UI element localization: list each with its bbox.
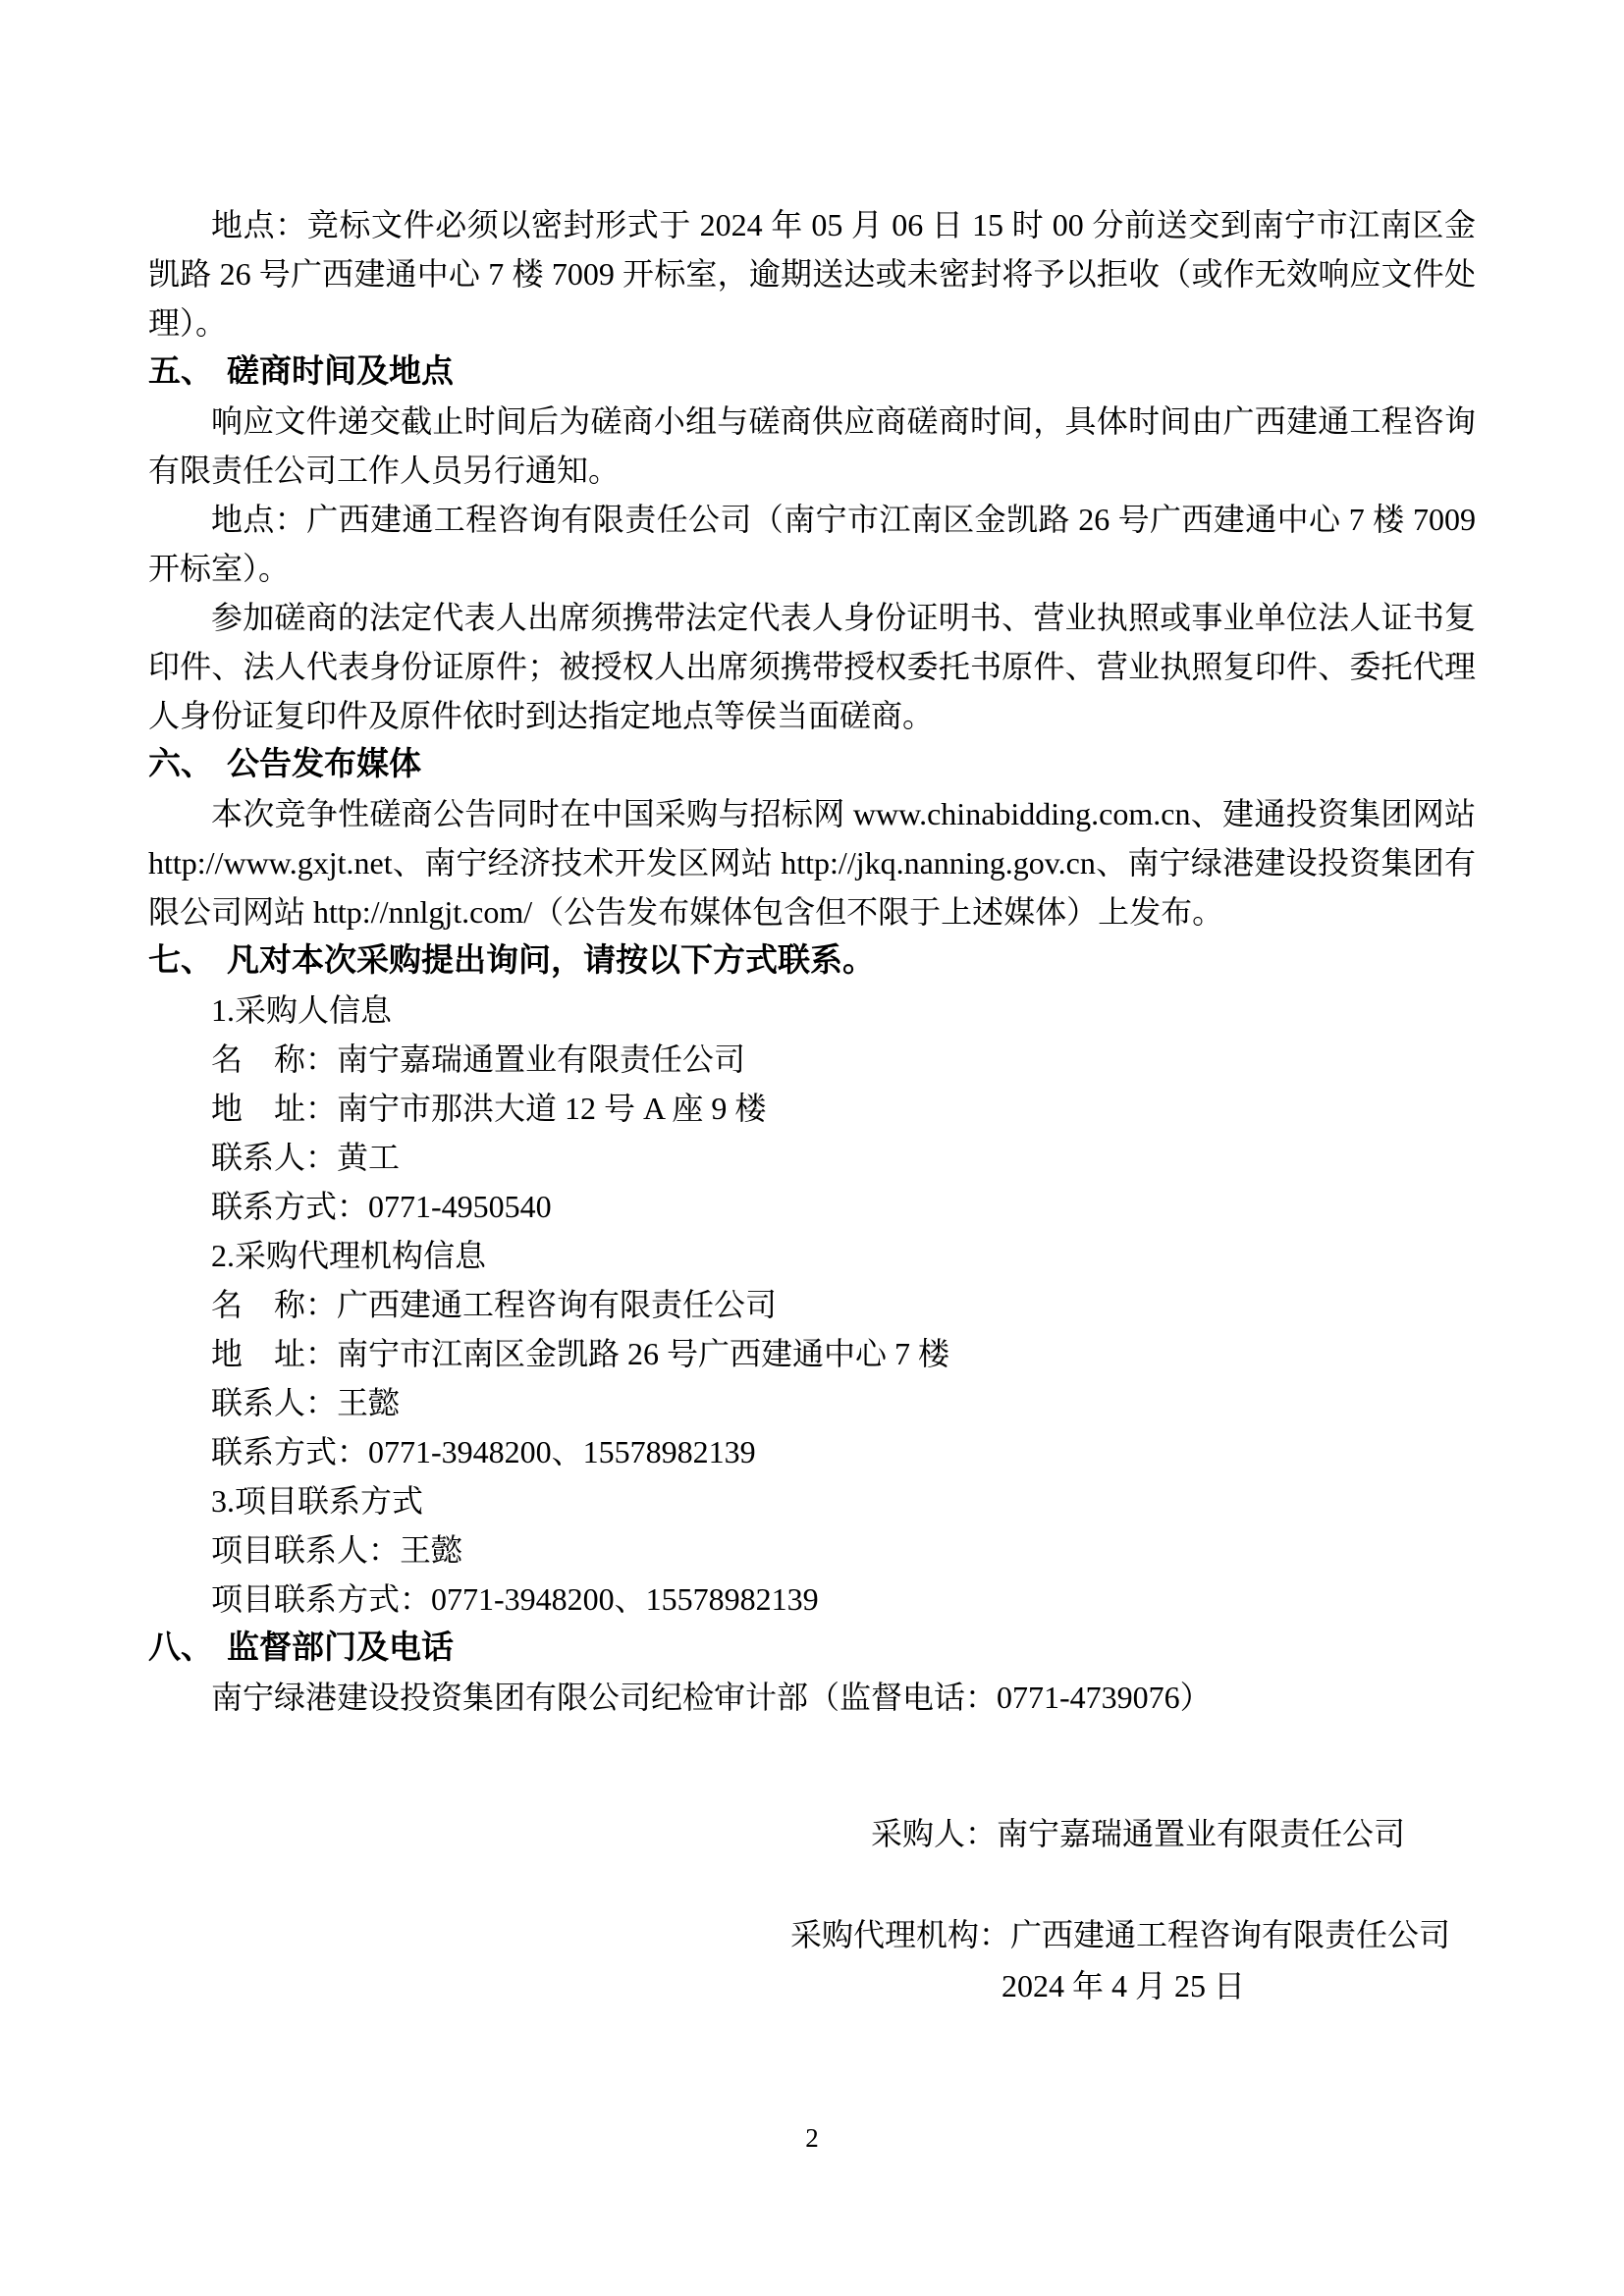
section-5-paragraph: 参加磋商的法定代表人出席须携带法定代表人身份证明书、营业执照或事业单位法人证书复… <box>148 593 1476 740</box>
contact-line-purchaser-address: 地 址：南宁市那洪大道 12 号 A 座 9 楼 <box>148 1084 1476 1133</box>
contact-line-project-contact: 项目联系人：王懿 <box>148 1525 1476 1575</box>
section-5-title: 磋商时间及地点 <box>227 354 454 390</box>
contact-line-agency-phone: 联系方式：0771-3948200、15578982139 <box>148 1427 1476 1476</box>
section-8-title: 监督部门及电话 <box>227 1630 454 1666</box>
section-5-number: 五、 <box>148 354 213 390</box>
contact-line-agency-header: 2.采购代理机构信息 <box>148 1231 1476 1280</box>
section-8-paragraph: 南宁绿港建设投资集团有限公司纪检审计部（监督电话：0771-4739076） <box>148 1673 1476 1722</box>
signature-agency-line: 采购代理机构：广西建通工程咨询有限责任公司 <box>790 1910 1476 1959</box>
section-5-paragraph: 响应文件递交截止时间后为磋商小组与磋商供应商磋商时间，具体时间由广西建通工程咨询… <box>148 397 1476 495</box>
section-6-paragraph: 本次竞争性磋商公告同时在中国采购与招标网 www.chinabidding.co… <box>148 789 1476 936</box>
document-body: 地点：竞标文件必须以密封形式于 2024 年 05 月 06 日 15 时 00… <box>148 200 1476 2010</box>
section-7-title: 凡对本次采购提出询问，请按以下方式联系。 <box>227 943 875 979</box>
contact-line-agency-name: 名 称：广西建通工程咨询有限责任公司 <box>148 1280 1476 1329</box>
contact-line-agency-address: 地 址：南宁市江南区金凯路 26 号广西建通中心 7 楼 <box>148 1329 1476 1378</box>
signature-date-line: 2024 年 4 月 25 日 <box>1001 1961 1476 2010</box>
section-8-number: 八、 <box>148 1630 213 1666</box>
section-5-paragraph: 地点：广西建通工程咨询有限责任公司（南宁市江南区金凯路 26 号广西建通中心 7… <box>148 495 1476 593</box>
section-7-number: 七、 <box>148 943 213 979</box>
contact-line-purchaser-name: 名 称：南宁嘉瑞通置业有限责任公司 <box>148 1035 1476 1084</box>
contact-line-agency-contact: 联系人：王懿 <box>148 1378 1476 1427</box>
page-number: 2 <box>0 2123 1624 2153</box>
section-8-heading: 八、监督部门及电话 <box>148 1624 1476 1673</box>
contact-line-project-phone: 项目联系方式：0771-3948200、15578982139 <box>148 1575 1476 1624</box>
section-6-heading: 六、公告发布媒体 <box>148 740 1476 789</box>
section-7-heading: 七、凡对本次采购提出询问，请按以下方式联系。 <box>148 936 1476 986</box>
section-5-heading: 五、磋商时间及地点 <box>148 347 1476 397</box>
contact-line-purchaser-phone: 联系方式：0771-4950540 <box>148 1182 1476 1231</box>
contact-line-purchaser-contact: 联系人：黄工 <box>148 1133 1476 1182</box>
paragraph-submit-location: 地点：竞标文件必须以密封形式于 2024 年 05 月 06 日 15 时 00… <box>148 200 1476 347</box>
section-6-title: 公告发布媒体 <box>227 747 421 782</box>
signature-buyer-line: 采购人：南宁嘉瑞通置业有限责任公司 <box>871 1809 1476 1858</box>
section-6-number: 六、 <box>148 747 213 782</box>
contact-line-project-header: 3.项目联系方式 <box>148 1476 1476 1525</box>
contact-line-purchaser-header: 1.采购人信息 <box>148 986 1476 1035</box>
